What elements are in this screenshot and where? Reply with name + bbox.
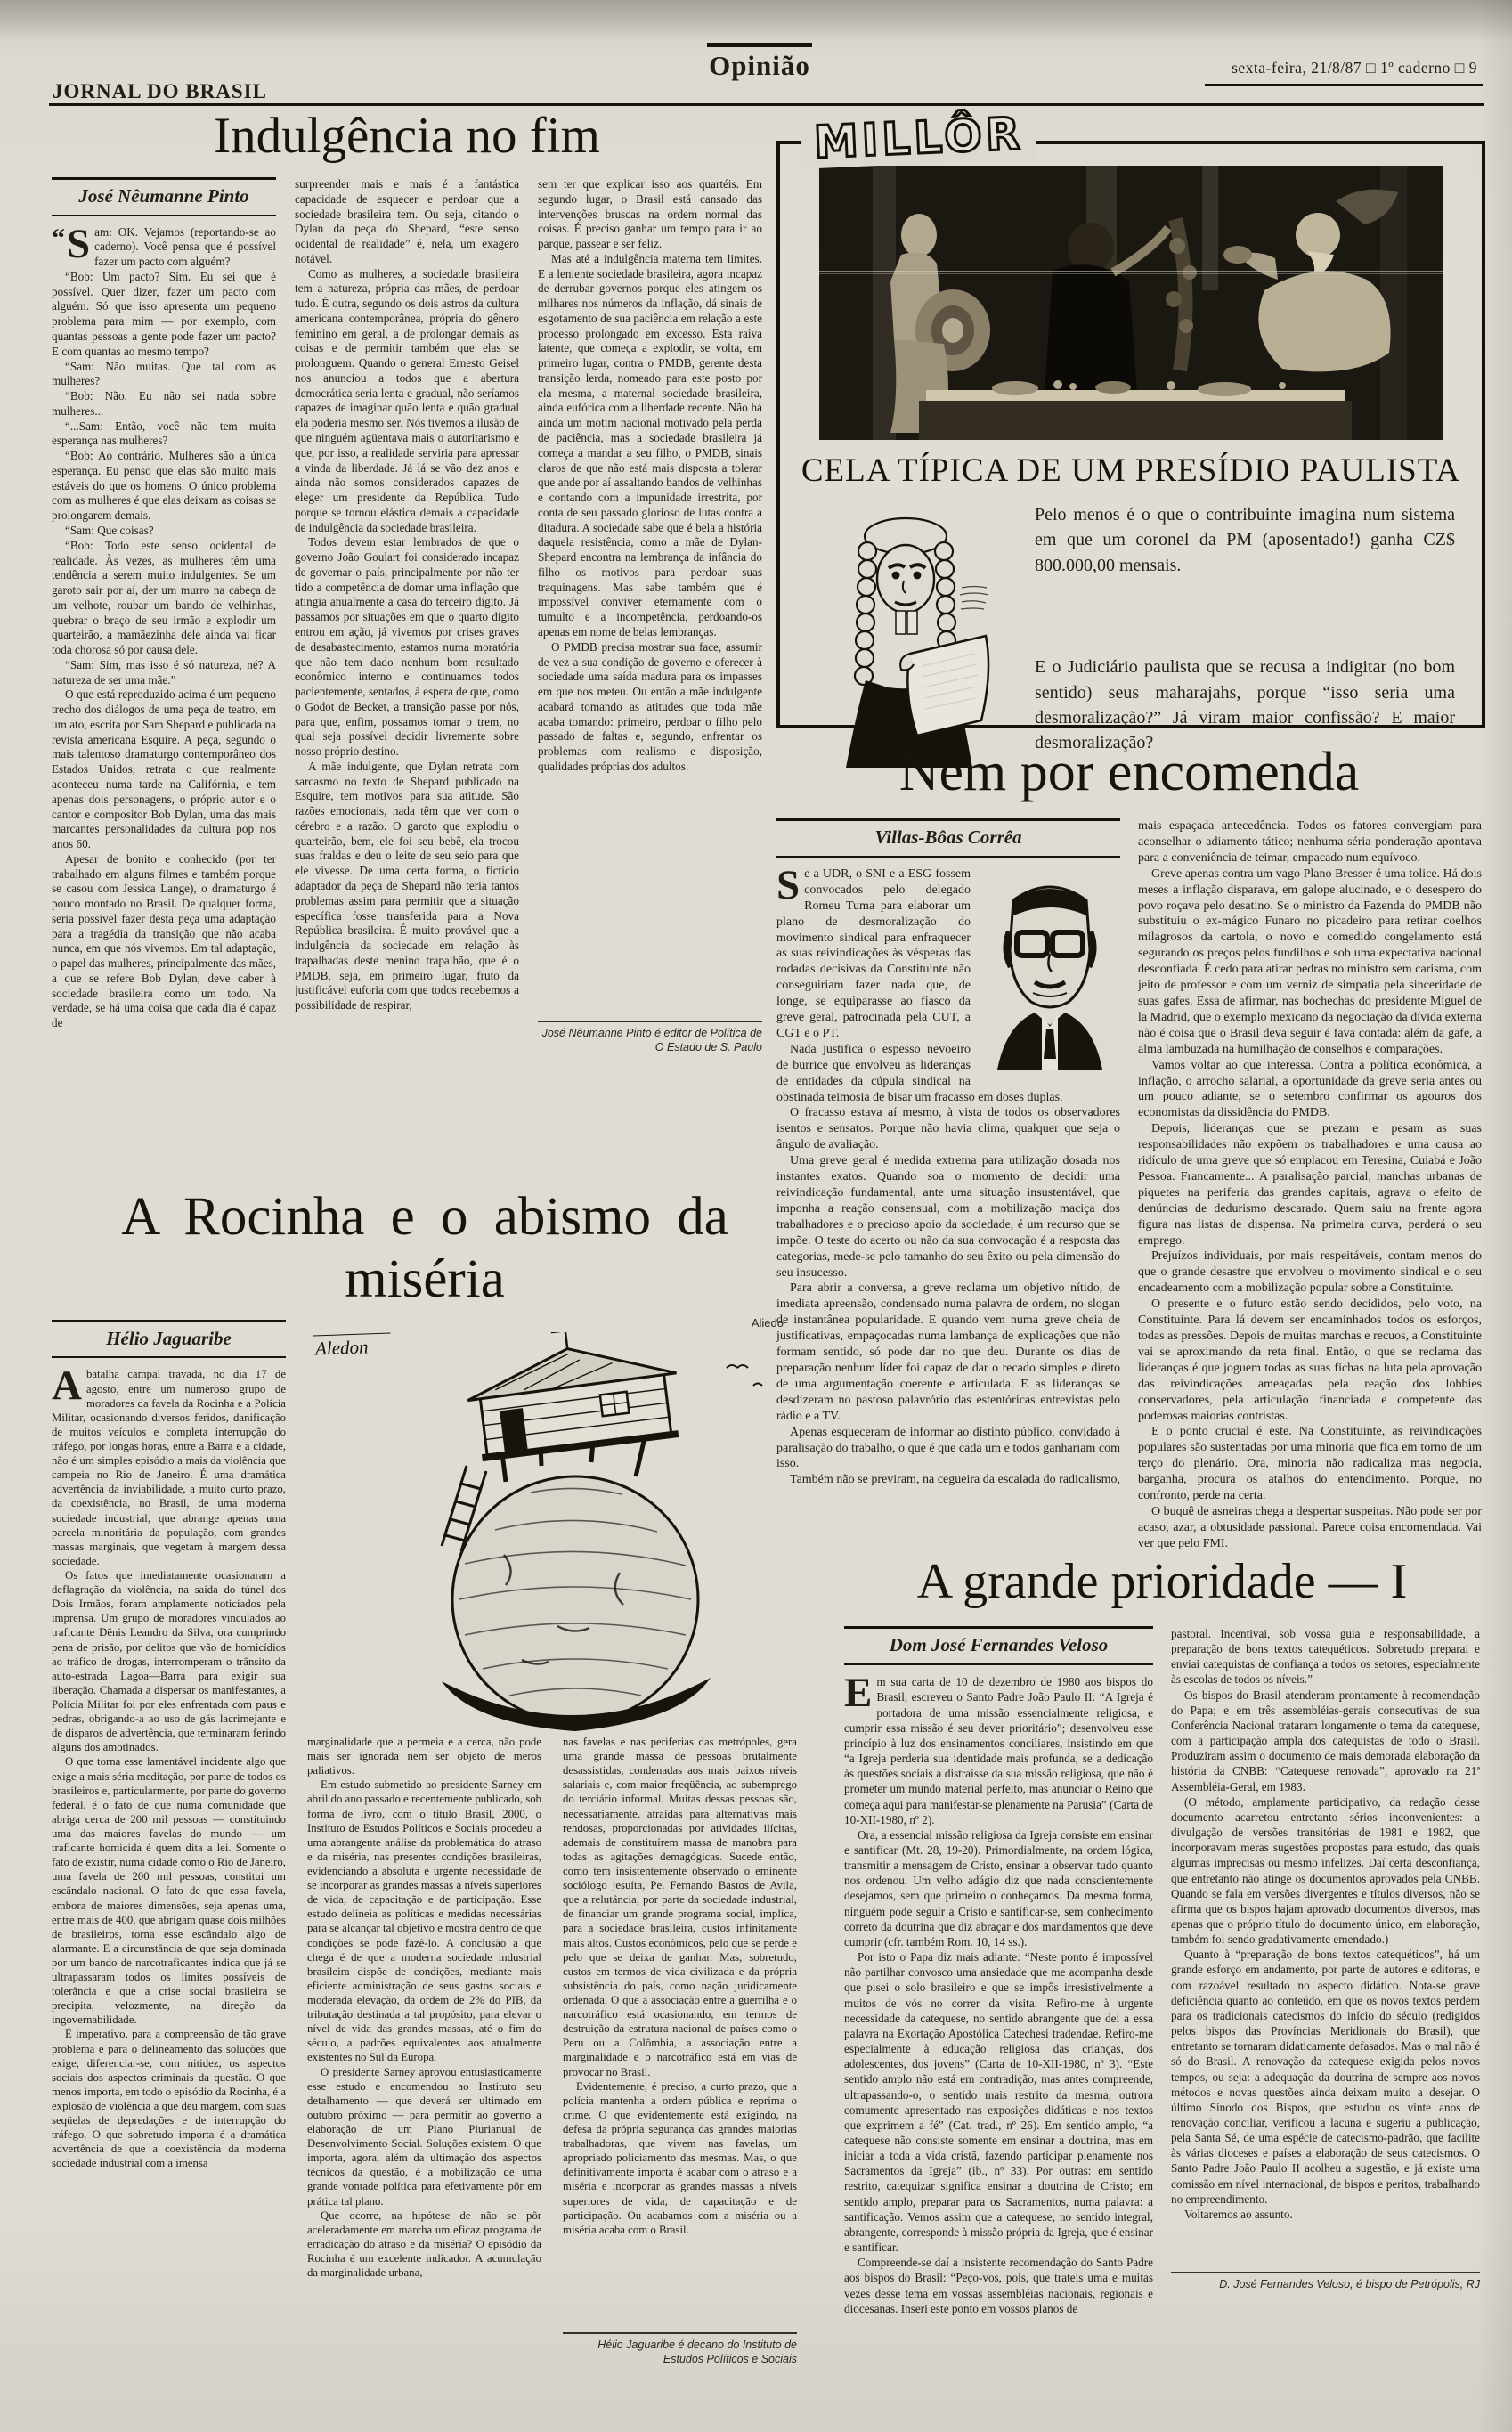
paragraph: “Bob: Um pacto? Sim. Eu sei que é possív…: [52, 270, 276, 360]
paragraph: “Bob: Todo este senso ocidental de reali…: [52, 539, 276, 658]
page-header: JORNAL DO BRASIL Opinião sexta-feira, 21…: [49, 43, 1484, 102]
article-headline: A grande prioridade — I: [844, 1553, 1480, 1610]
paragraph: O que está reproduzido acima é um pequen…: [52, 687, 276, 851]
paragraph: Que ocorre, na hipótese de não se pôr ac…: [307, 2208, 541, 2281]
paragraph: Quanto à “preparação de bons textos cate…: [1171, 1947, 1480, 2207]
drop-cap: A: [52, 1367, 86, 1403]
paragraph: O que torna esse lamentável incidente al…: [52, 1754, 286, 2027]
paragraph: “...Sam: Então, você não tem muita esper…: [52, 419, 276, 450]
paragraph: O buquê de asneiras chega a despertar su…: [1138, 1504, 1482, 1552]
byline: José Nêumanne Pinto: [52, 177, 276, 216]
paragraph: Uma greve geral é medida extrema para ut…: [776, 1153, 1120, 1281]
author-attribution: Hélio Jaguaribe é decano do Instituto de…: [563, 2332, 797, 2367]
lead-paragraph: “Sam: OK. Vejamos (reportando-se ao cade…: [52, 225, 276, 270]
paragraph: Os bispos do Brasil atenderam prontament…: [1171, 1688, 1480, 1794]
column-text: surpreender mais e mais é a fantástica c…: [295, 177, 519, 1150]
column-text: “Bob: Um pacto? Sim. Eu sei que é possív…: [52, 270, 276, 1031]
artist-signature: Aledon: [313, 1332, 392, 1360]
millor-cartoon-box: MILLÔR: [776, 141, 1485, 728]
paragraph: Para abrir a conversa, a greve reclama u…: [776, 1281, 1120, 1424]
paragraph: Mas até a indulgência materna tem limite…: [538, 252, 762, 640]
lead-paragraph: Em sua carta de 10 de dezembro de 1980 a…: [844, 1674, 1153, 1827]
paragraph: É imperativo, para a compreensão de tão …: [52, 2027, 286, 2170]
paragraph: Todos devem estar lembrados de que o gov…: [295, 535, 519, 759]
column-text: Nada justifica o espesso nevoeiro de bur…: [776, 1042, 1120, 1490]
column-text: mais espaçada antecedência. Todos os fat…: [1138, 818, 1482, 1572]
paragraph: (O método, amplamente participativo, da …: [1171, 1794, 1480, 1948]
paragraph: pastoral. Incentivai, sob vossa guia e r…: [1171, 1626, 1480, 1688]
dateline: sexta-feira, 21/8/87 □ 1º caderno □ 9: [1205, 59, 1483, 86]
paragraph: Voltaremos ao assunto.: [1171, 2207, 1480, 2222]
column-text: pastoral. Incentivai, sob vossa guia e r…: [1171, 1626, 1480, 2264]
paragraph: Apenas esqueceram de informar ao distint…: [776, 1425, 1120, 1473]
section-overline: [707, 43, 812, 47]
section-title: Opinião: [644, 50, 875, 82]
paragraph: marginalidade que a permeia e a cerca, n…: [307, 1735, 541, 1777]
newspaper-nameplate: JORNAL DO BRASIL: [53, 80, 267, 103]
paragraph: Vamos voltar ao que interessa. Contra a …: [1138, 1058, 1482, 1122]
column-text: sem ter que explicar isso aos quartéis. …: [538, 177, 762, 1013]
villas-boas-correa-portrait: [980, 868, 1120, 1070]
millor-logo: MILLÔR: [801, 107, 1037, 168]
paragraph: Apesar de bonito e conhecido (por ter tr…: [52, 852, 276, 1031]
article-indulgencia: Indulgência no fim José Nêumanne Pinto “…: [52, 107, 762, 1150]
article-rocinha: A Rocinha e o abismo da miséria Hélio Ja…: [52, 1186, 798, 2425]
paragraph: nas favelas e nas periferias das metrópo…: [563, 1735, 797, 2079]
byline: Villas-Bôas Corrêa: [776, 818, 1120, 858]
paragraph: sem ter que explicar isso aos quartéis. …: [538, 177, 762, 252]
paragraph: Evidentemente, é preciso, a curto prazo,…: [563, 2079, 797, 2237]
paragraph: “Sam: Que coisas?: [52, 524, 276, 539]
article-column: José Nêumanne Pinto “Sam: OK. Vejamos (r…: [52, 177, 276, 1150]
paragraph: O presidente Sarney aprovou entusiastica…: [307, 2065, 541, 2208]
paragraph: Depois, lideranças que se prezam e pesam…: [1138, 1121, 1482, 1249]
section-heading: Opinião: [644, 43, 875, 82]
byline: Hélio Jaguaribe: [52, 1320, 286, 1358]
paragraph: “Sam: Sim, mas isso é só natureza, né? A…: [52, 658, 276, 688]
drop-cap: S: [67, 225, 94, 262]
paragraph: Compreende-se daí a insistente recomenda…: [844, 2255, 1153, 2316]
column-text: Ora, a essencial missão religiosa da Igr…: [844, 1827, 1153, 2316]
article-column: pastoral. Incentivai, sob vossa guia e r…: [1171, 1626, 1480, 2371]
article-headline: Nem por encomenda: [776, 741, 1482, 804]
cartoon-caption-title: CELA TÍPICA DE UM PRESÍDIO PAULISTA: [780, 451, 1482, 490]
paragraph: O fracasso estava aí mesmo, à vista de t…: [776, 1105, 1120, 1153]
byline: Dom José Fernandes Veloso: [844, 1626, 1153, 1665]
favela-shack-on-sphere-illustration: [308, 1332, 798, 1735]
paragraph: Também não se previram, na cegueira da e…: [776, 1472, 1120, 1490]
author-attribution: José Nêumanne Pinto é editor de Política…: [538, 1021, 762, 1055]
banquet-engraving-illustration: [819, 166, 1443, 440]
paragraph: “Bob: Não. Eu não sei nada sobre mulhere…: [52, 389, 276, 419]
paragraph: surpreender mais e mais é a fantástica c…: [295, 177, 519, 267]
cartoon-caption-paragraph: Pelo menos é o que o contribuinte imagin…: [1035, 502, 1455, 578]
article-column: sem ter que explicar isso aos quartéis. …: [538, 177, 762, 1150]
paragraph: Como as mulheres, a sociedade brasileira…: [295, 267, 519, 536]
paragraph: Os fatos que imediatamente ocasionaram a…: [52, 1568, 286, 1754]
article-nem-por-encomenda: Nem por encomenda Villas-Bôas Corrêa: [776, 741, 1482, 1572]
article-column: Dom José Fernandes Veloso Em sua carta d…: [844, 1626, 1153, 2371]
drop-cap: E: [844, 1674, 876, 1711]
illustration-credit: Aliedo: [752, 1316, 784, 1330]
article-column: Villas-Bôas Corrêa: [776, 818, 1120, 1572]
column-text: marginalidade que a permeia e a cerca, n…: [307, 1735, 541, 2379]
paragraph: A mãe indulgente, que Dylan retrata com …: [295, 760, 519, 1013]
lead-paragraph: Abatalha campal travada, no dia 17 de ag…: [52, 1367, 286, 1568]
paragraph: Ora, a essencial missão religiosa da Igr…: [844, 1827, 1153, 1949]
author-attribution: D. José Fernandes Veloso, é bispo de Pet…: [1171, 2272, 1480, 2291]
article-column: mais espaçada antecedência. Todos os fat…: [1138, 818, 1482, 1572]
paragraph: O PMDB precisa mostrar sua face, assumir…: [538, 640, 762, 775]
paragraph: Por isto o Papa diz mais adiante: “Neste…: [844, 1949, 1153, 2255]
column-text: Os fatos que imediatamente ocasionaram a…: [52, 1568, 286, 2171]
scan-shadow-top: [0, 0, 1512, 41]
drop-cap: S: [776, 866, 804, 903]
article-grande-prioridade: A grande prioridade — I Dom José Fernand…: [844, 1553, 1480, 2371]
paragraph: “Bob: Ao contrário. Mulheres são a única…: [52, 449, 276, 524]
paragraph: E o ponto crucial é este. Na Constituint…: [1138, 1424, 1482, 1504]
paragraph: Prejuízos individuais, por mais respeitá…: [1138, 1249, 1482, 1297]
article-headline: Indulgência no fim: [52, 107, 762, 165]
article-headline: A Rocinha e o abismo da miséria: [52, 1186, 798, 1311]
article-column: surpreender mais e mais é a fantástica c…: [295, 177, 519, 1150]
favela-illustration-area: Aliedo Aledon: [308, 1332, 798, 1735]
lead-quote-mark: “: [52, 225, 67, 250]
article-column: Hélio Jaguaribe Abatalha campal travada,…: [52, 1320, 286, 2425]
paragraph: O presente e o futuro estão sendo decidi…: [1138, 1297, 1482, 1424]
judge-illustration: [803, 502, 1008, 769]
column-text: nas favelas e nas periferias das metrópo…: [563, 1735, 797, 2324]
paragraph: Greve apenas contra um vago Plano Bresse…: [1138, 866, 1482, 1058]
paragraph: “Sam: Não muitas. Que tal com as mulhere…: [52, 360, 276, 390]
header-rule: [49, 103, 1484, 106]
paragraph: Em estudo submetido ao presidente Sarney…: [307, 1777, 541, 2064]
paragraph: mais espaçada antecedência. Todos os fat…: [1138, 818, 1482, 866]
